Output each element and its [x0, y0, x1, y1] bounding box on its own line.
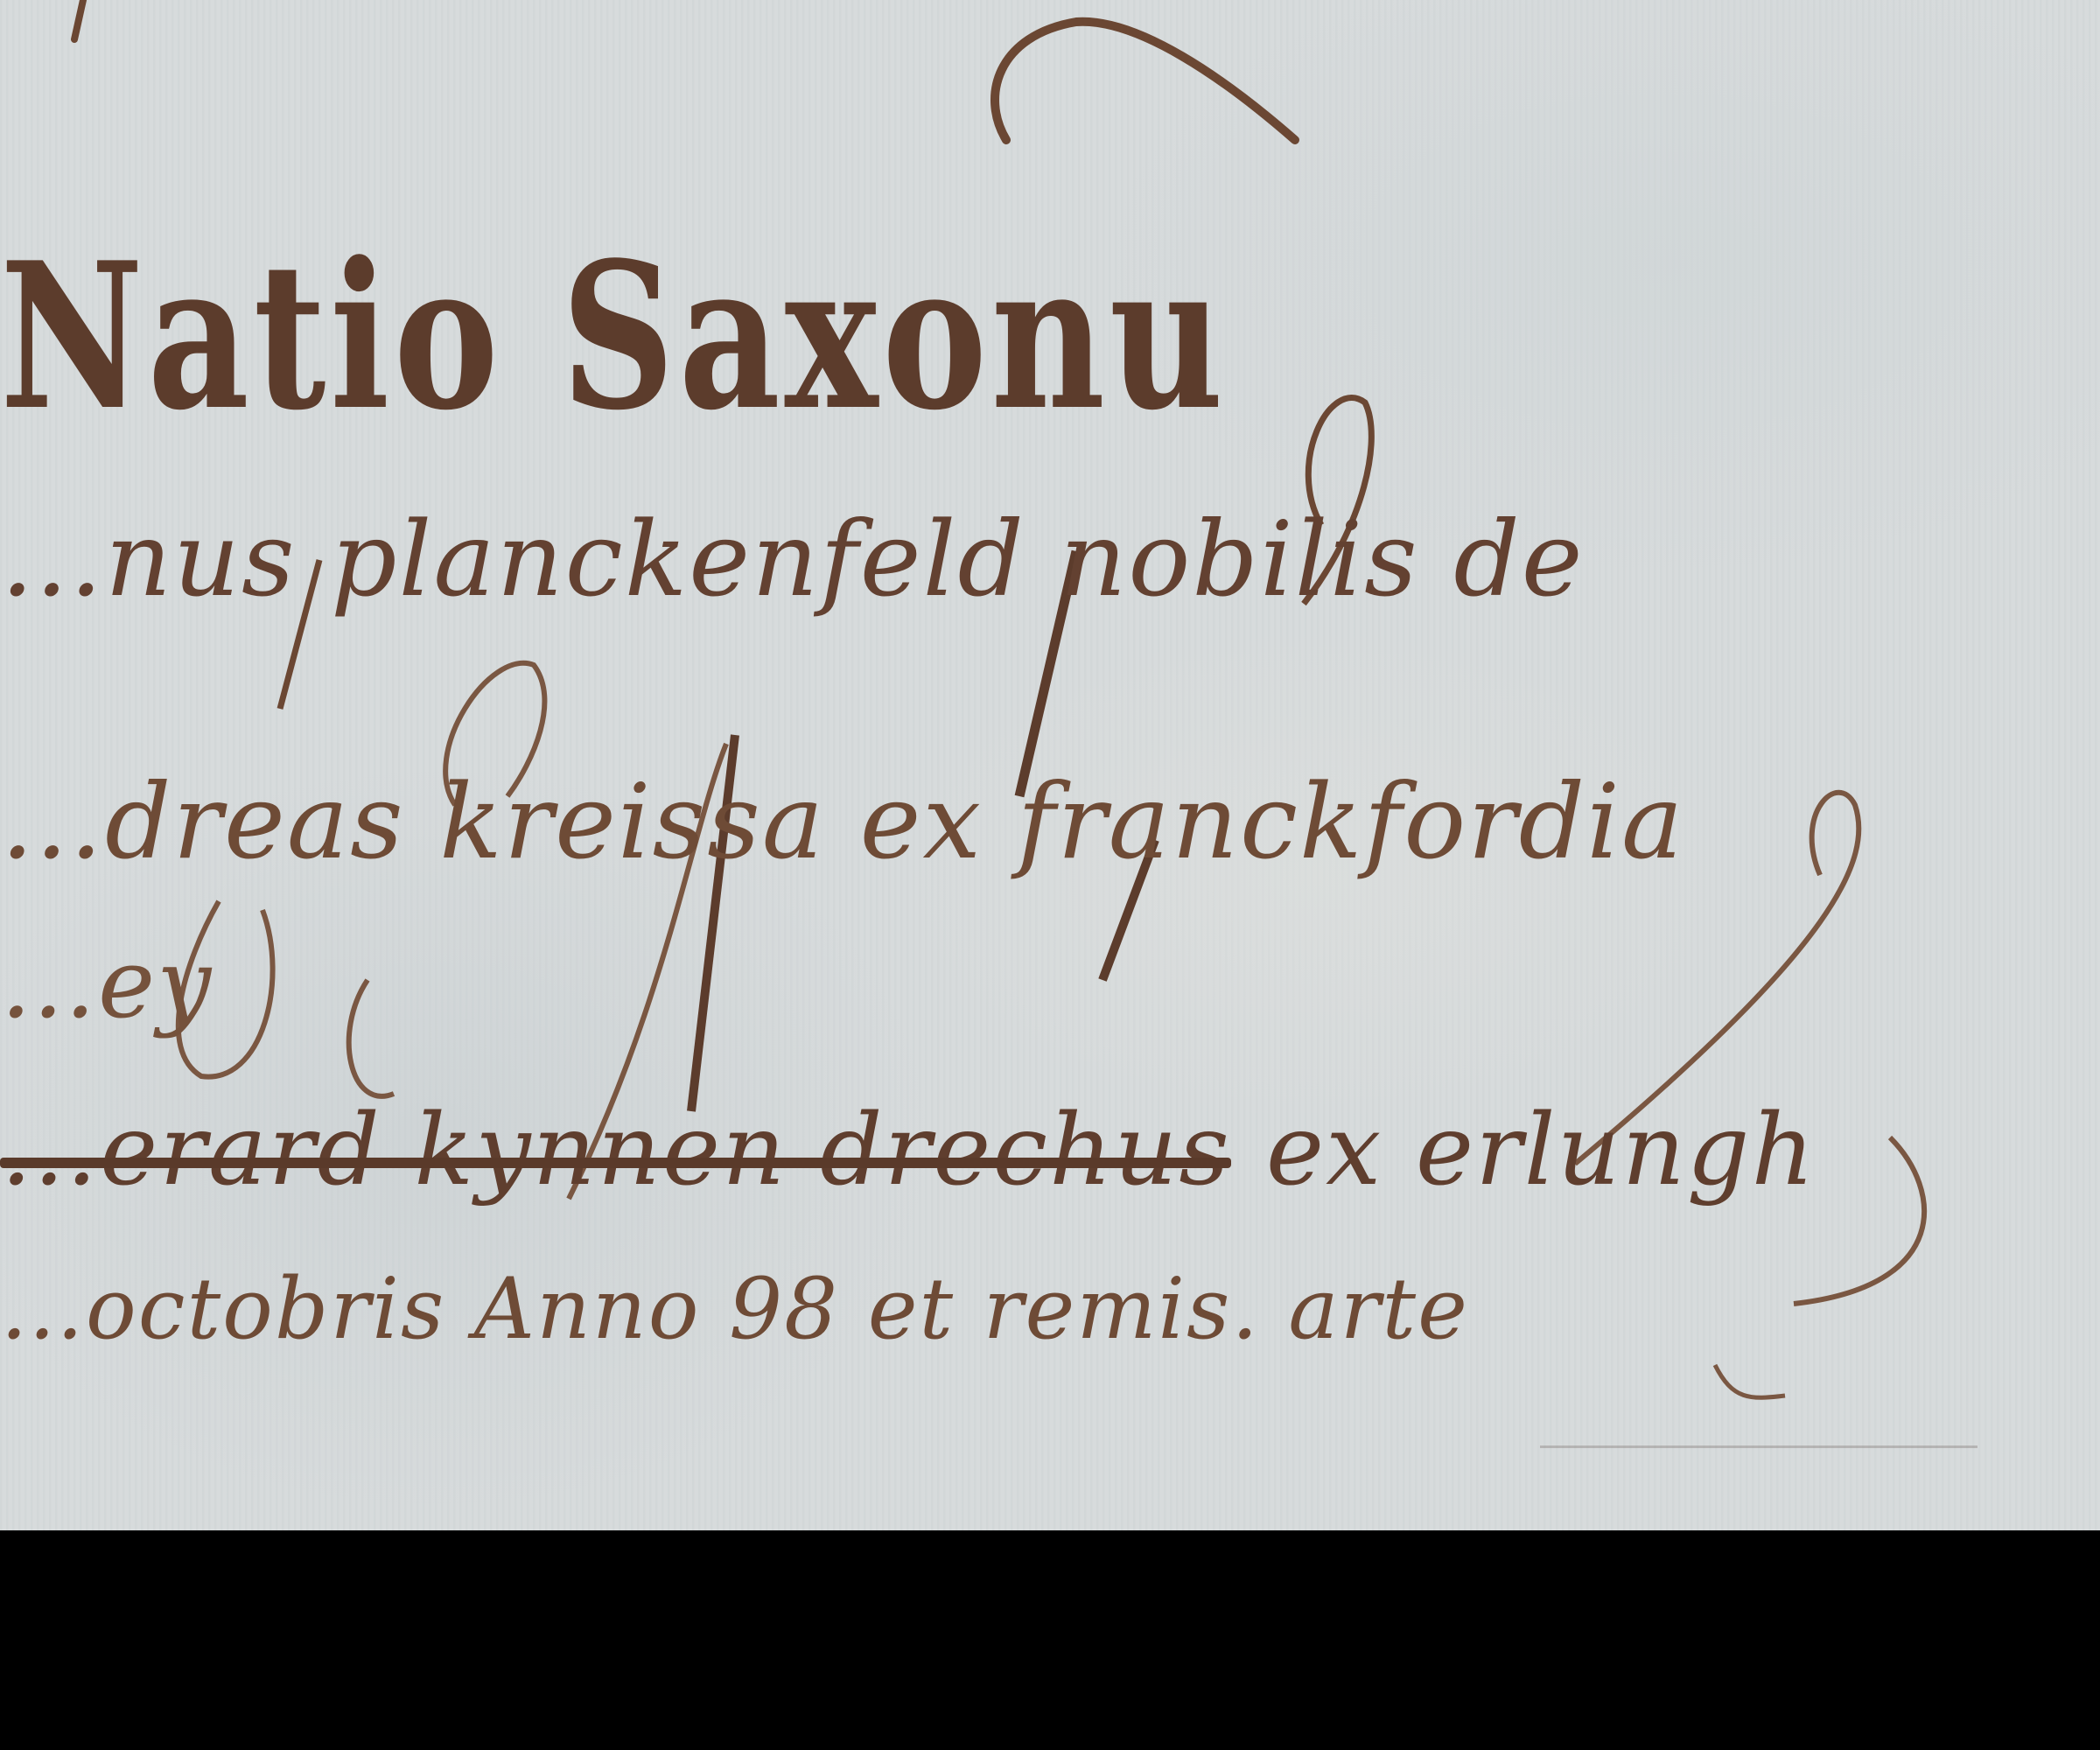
register-entry-line: …dreas kreissa ex franckfordia: [0, 761, 1684, 882]
parchment-page: Natio Saxonu …nus planckenfeld nobilis d…: [0, 0, 2100, 1530]
entry-origin-text: ex erlungh: [1266, 1094, 1816, 1207]
strikethrough-text: …erard kynnen drechus: [0, 1094, 1231, 1207]
faint-ruled-line: [1540, 1445, 1977, 1448]
black-bottom-band: [0, 1530, 2100, 1750]
date-line: …octobris Anno 98 et remis. arte: [0, 1260, 1469, 1358]
register-entry-line: …nus planckenfeld nobilis de: [0, 499, 1585, 619]
page-heading: Natio Saxonu: [0, 219, 1228, 455]
register-entry-fragment: …ey: [0, 927, 213, 1039]
struck-register-entry: …erard kynnen drechusex erlungh: [0, 1094, 1816, 1207]
